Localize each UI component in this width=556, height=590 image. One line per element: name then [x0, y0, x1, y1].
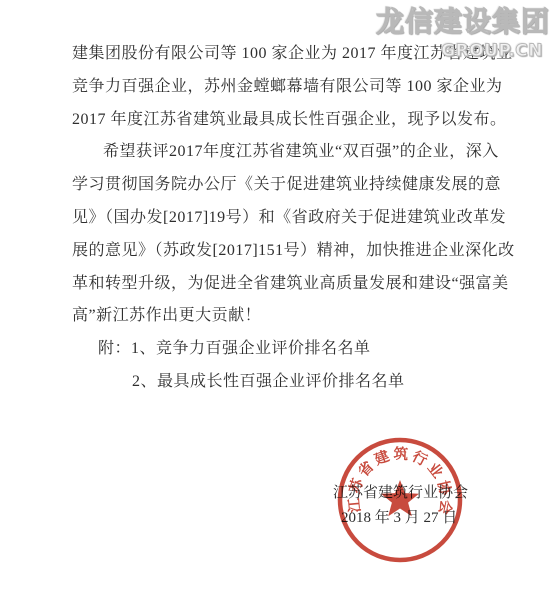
body-line: 学习贯彻国务院办公厅《关于促进建筑业持续健康发展的意 [72, 169, 496, 202]
body-line: 革和转型升级，为促进全省建筑业高质量发展和建设“强富美 [72, 268, 496, 301]
document-body: 建集团股份有限公司等 100 家企业为 2017 年度江苏省建筑业 竞争力百强企… [72, 38, 496, 399]
body-line: 见》（国办发[2017]19号）和《省政府关于促进建筑业改革发 [72, 202, 496, 235]
attachment-list-item: 2、最具成长性百强企业评价排名名单 [72, 366, 496, 399]
body-line: 建集团股份有限公司等 100 家企业为 2017 年度江苏省建筑业 [72, 38, 496, 71]
body-line: 希望获评2017年度江苏省建筑业“双百强”的企业，深入 [72, 136, 496, 169]
watermark-brand-text: 龙信建设集团 [376, 6, 550, 38]
official-seal: 江苏省建筑行业协会 [325, 425, 475, 575]
seal-star-icon [381, 480, 419, 516]
scanned-document-page: 龙信建设集团 GROUP.CN 建集团股份有限公司等 100 家企业为 2017… [0, 0, 556, 590]
attachment-list-item: 附：1、竞争力百强企业评价排名名单 [72, 333, 496, 366]
body-line: 2017 年度江苏省建筑业最具成长性百强企业，现予以发布。 [72, 104, 496, 137]
body-line: 展的意见》（苏政发[2017]151号）精神，加快推进企业深化改 [72, 235, 496, 268]
body-line: 高”新江苏作出更大贡献！ [72, 300, 496, 333]
body-line: 竞争力百强企业，苏州金螳螂幕墙有限公司等 100 家企业为 [72, 71, 496, 104]
